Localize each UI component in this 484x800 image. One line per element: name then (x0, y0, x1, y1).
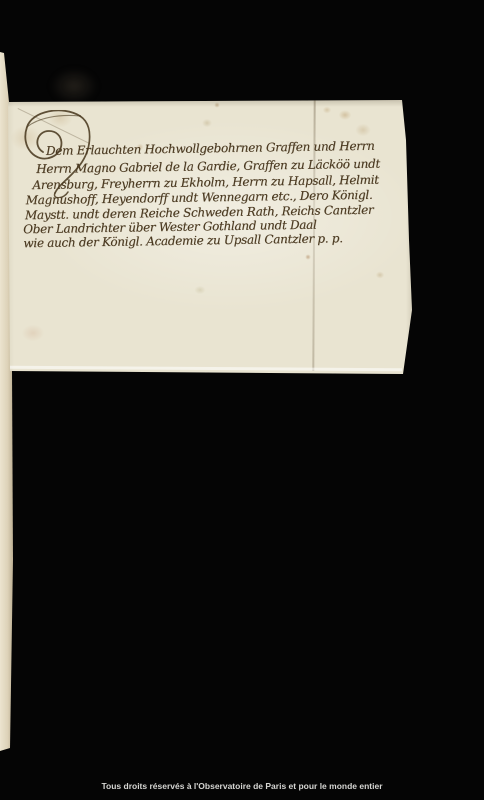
manuscript-text: Dem Erlauchten Hochwollgebohrnen Graffen… (0, 90, 421, 377)
copyright-caption: Tous droits réservés à l'Observatoire de… (0, 781, 484, 791)
manuscript-line: Herrn Magno Gabriel de la Gardie, Graffe… (36, 158, 380, 175)
scan-viewer: Dem Erlauchten Hochwollgebohrnen Graffen… (0, 0, 484, 800)
manuscript-line: Dem Erlauchten Hochwollgebohrnen Graffen… (46, 140, 375, 157)
scan-shadow (50, 68, 98, 104)
manuscript-line: wie auch der Königl. Academie zu Upsall … (23, 232, 342, 249)
manuscript-page: Dem Erlauchten Hochwollgebohrnen Graffen… (0, 96, 418, 376)
